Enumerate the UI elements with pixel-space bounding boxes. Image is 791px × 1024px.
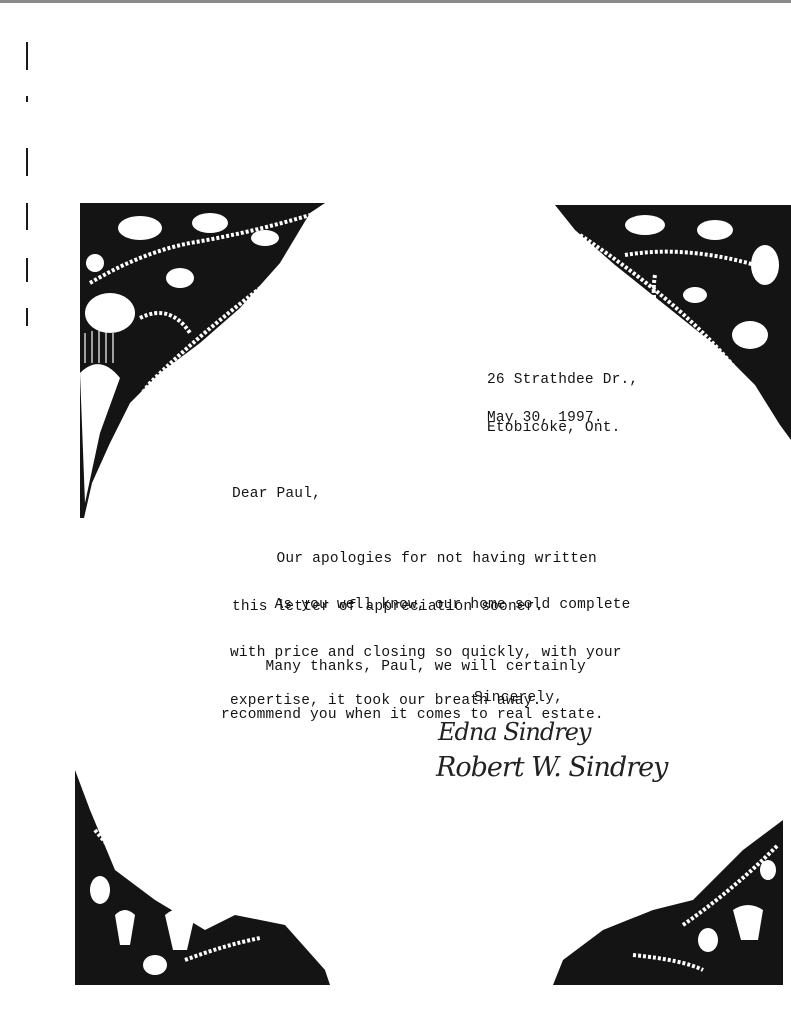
signature-1: Edna Sindrey bbox=[438, 718, 590, 746]
closing: Sincerely, bbox=[474, 690, 563, 706]
address-line-1: 26 Strathdee Dr., bbox=[487, 372, 638, 388]
scan-mark bbox=[26, 258, 28, 282]
paragraph-line: Many thanks, Paul, we will certainly bbox=[221, 659, 604, 675]
signature-2: Robert W. Sindrey bbox=[436, 752, 667, 783]
floral-corner-ornament-bottom-right-icon bbox=[553, 820, 791, 985]
paragraph-line: As you well know, our home sold complete bbox=[230, 597, 631, 613]
floral-corner-ornament-bottom-left-icon bbox=[75, 770, 335, 985]
scan-mark bbox=[26, 148, 28, 176]
salutation: Dear Paul, bbox=[232, 486, 321, 502]
scan-mark bbox=[26, 42, 28, 70]
sender-address: 26 Strathdee Dr., Etobicoke, Ont. bbox=[487, 340, 638, 452]
letter-date: May 30, 1997. bbox=[487, 410, 603, 426]
scan-mark bbox=[26, 308, 28, 326]
scan-mark bbox=[26, 203, 28, 230]
floral-corner-ornament-top-left-icon bbox=[80, 203, 330, 518]
scan-mark bbox=[26, 96, 28, 102]
scan-edge-line bbox=[0, 0, 791, 3]
